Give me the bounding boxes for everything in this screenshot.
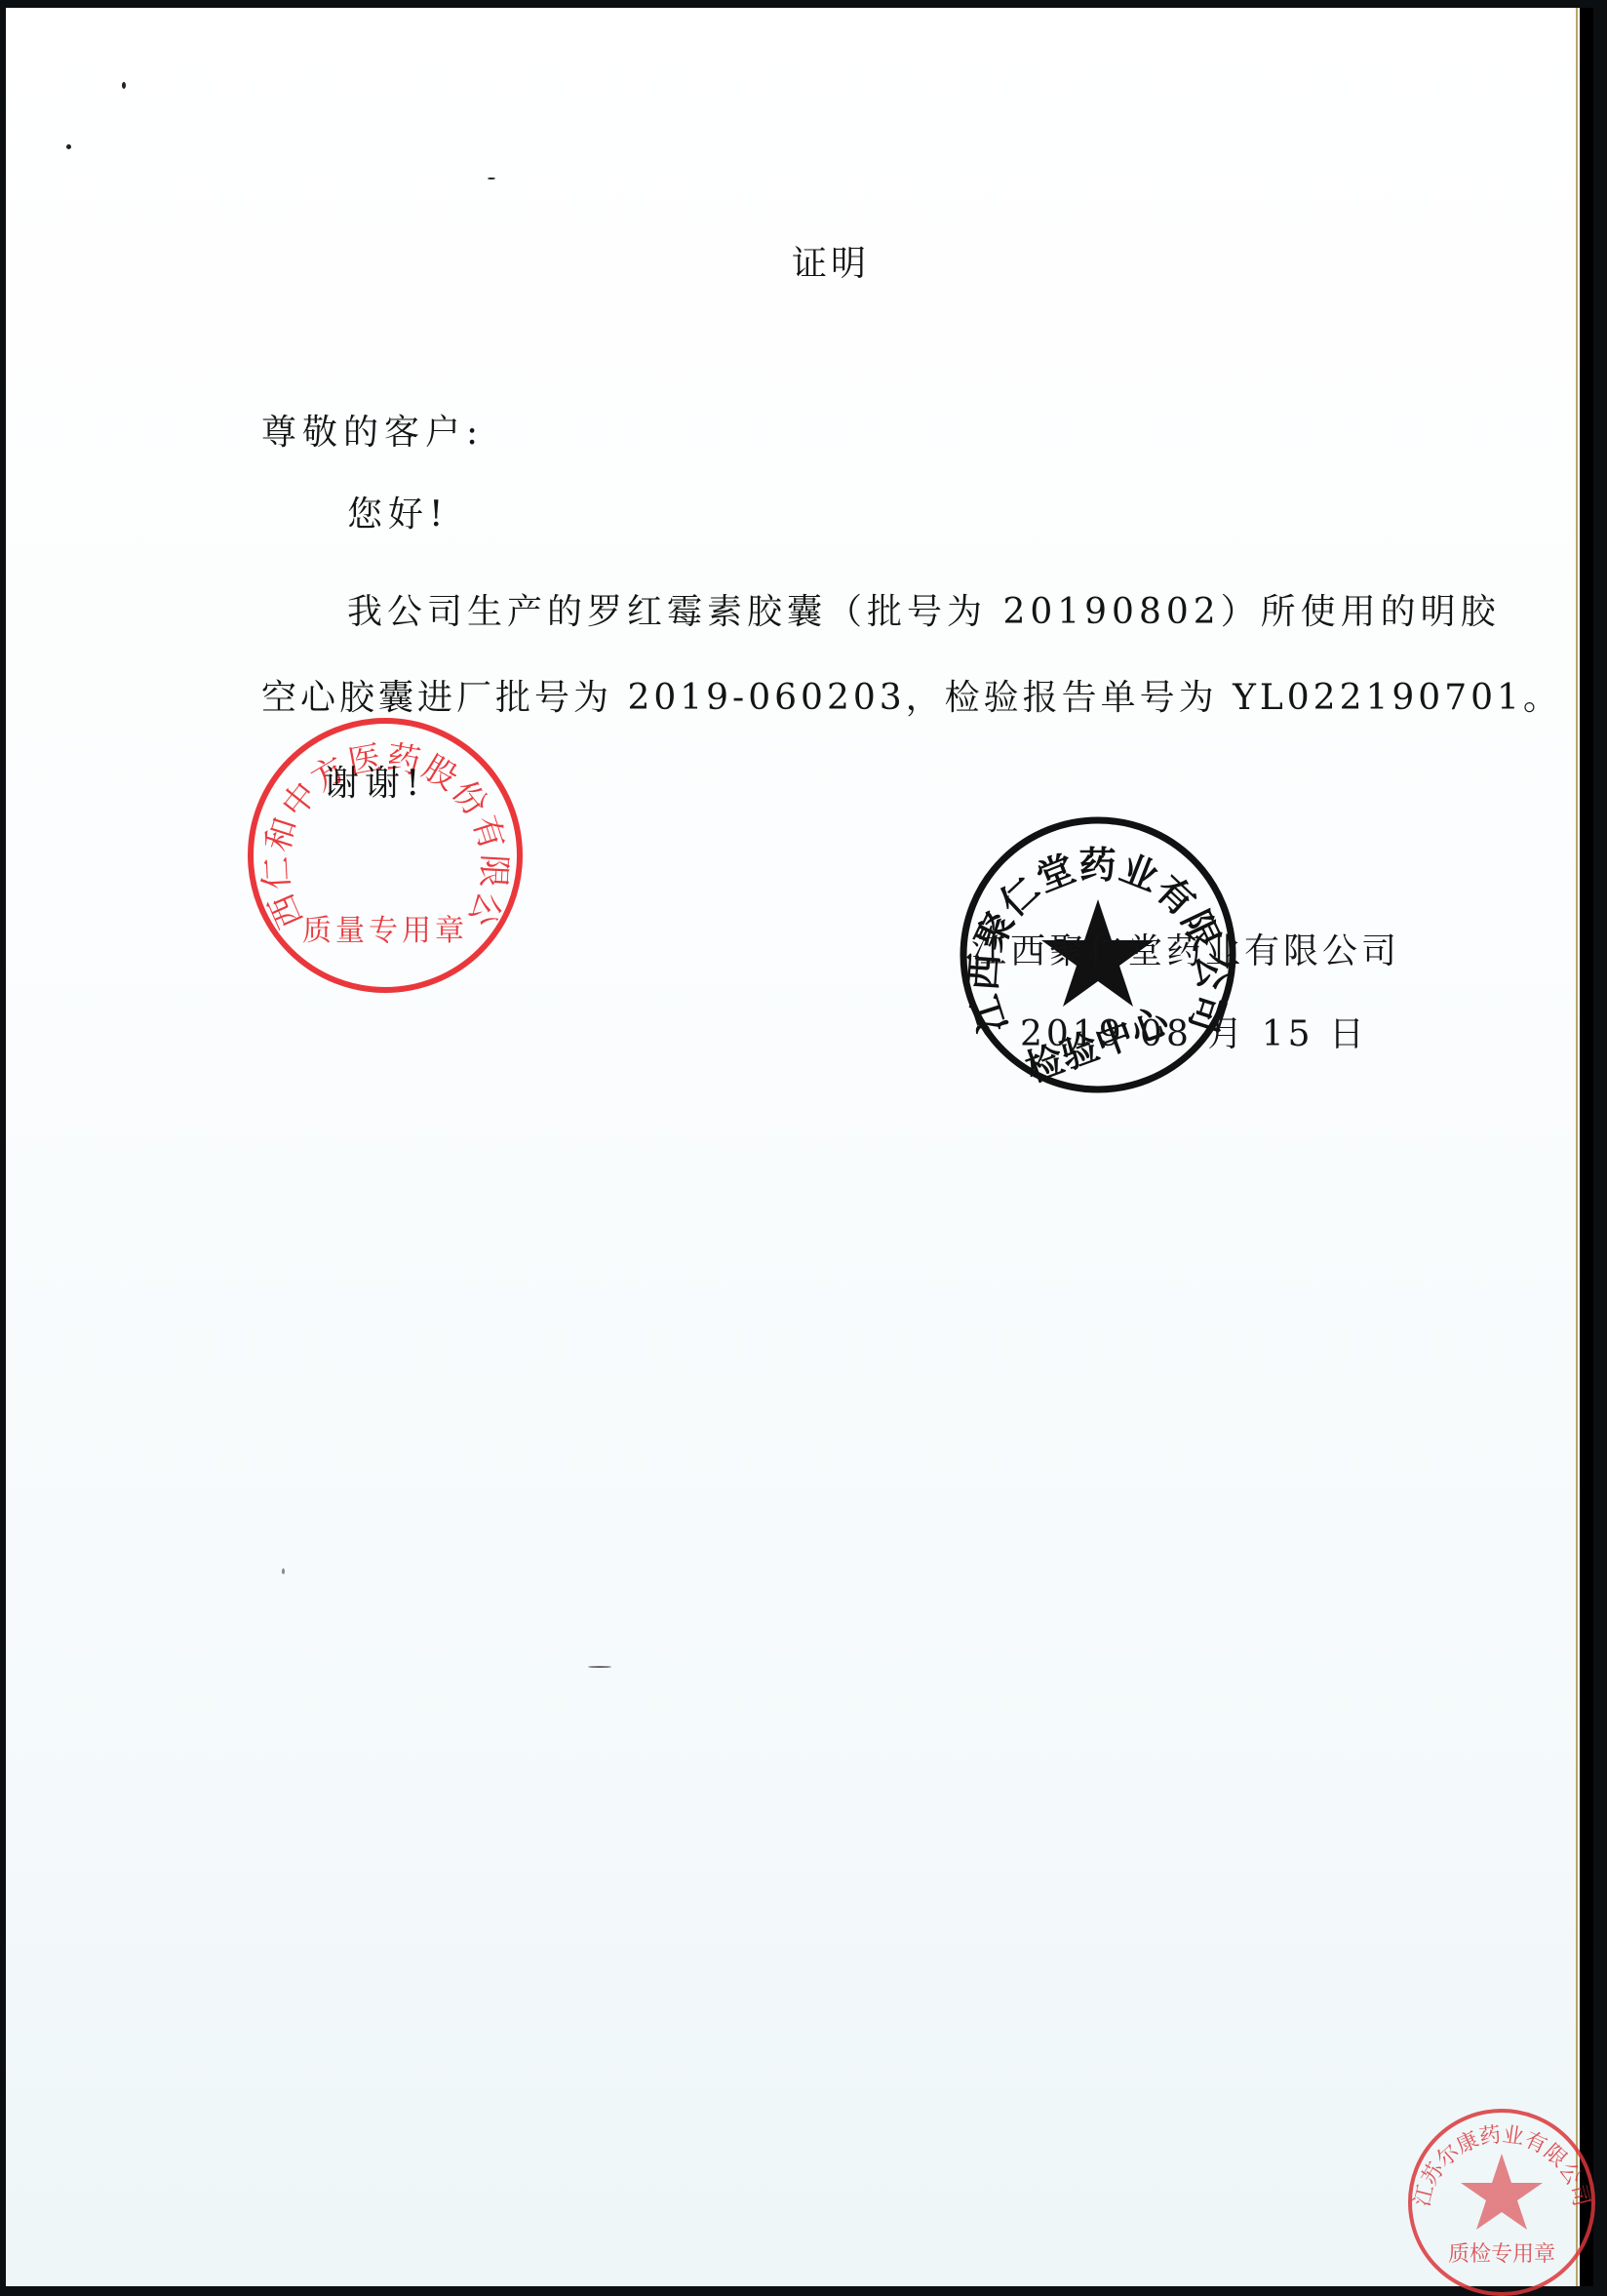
scan-speck bbox=[66, 144, 71, 149]
body-line-1: 我公司生产的罗红霉素胶囊（批号为 20190802）所使用的明胶 bbox=[347, 595, 1501, 630]
quality-seal-left: 江西仁和中方医药股份有限公司 质量专用章 bbox=[244, 714, 527, 997]
scan-speck bbox=[488, 178, 495, 179]
svg-text:质量专用章: 质量专用章 bbox=[302, 914, 468, 948]
quality-seal-bottom-right: 江苏尔康药业有限公司 质检专用章 bbox=[1404, 2105, 1599, 2296]
greeting: 您好! bbox=[347, 497, 449, 533]
body-line-2: 空心胶囊进厂批号为 2019-060203，检验报告单号为 YL02219070… bbox=[261, 681, 1562, 716]
scan-speck bbox=[588, 1666, 611, 1668]
signatory: 江西聚仁堂药业有限公司 bbox=[971, 934, 1400, 970]
signature-date: 2019 08 月 15 日 bbox=[1020, 1017, 1368, 1052]
svg-text:江西仁和中方医药股份有限公司: 江西仁和中方医药股份有限公司 bbox=[244, 714, 514, 933]
document-title: 证明 bbox=[792, 247, 870, 282]
closing: 谢谢! bbox=[324, 767, 425, 802]
scan-edge bbox=[1580, 8, 1593, 2286]
scan-speck bbox=[282, 1568, 285, 1574]
document-page: 证明 尊敬的客户: 您好! 我公司生产的罗红霉素胶囊（批号为 20190802）… bbox=[6, 8, 1593, 2286]
scan-speck bbox=[122, 82, 126, 89]
svg-text:质检专用章: 质检专用章 bbox=[1448, 2242, 1555, 2267]
salutation: 尊敬的客户: bbox=[261, 416, 484, 451]
